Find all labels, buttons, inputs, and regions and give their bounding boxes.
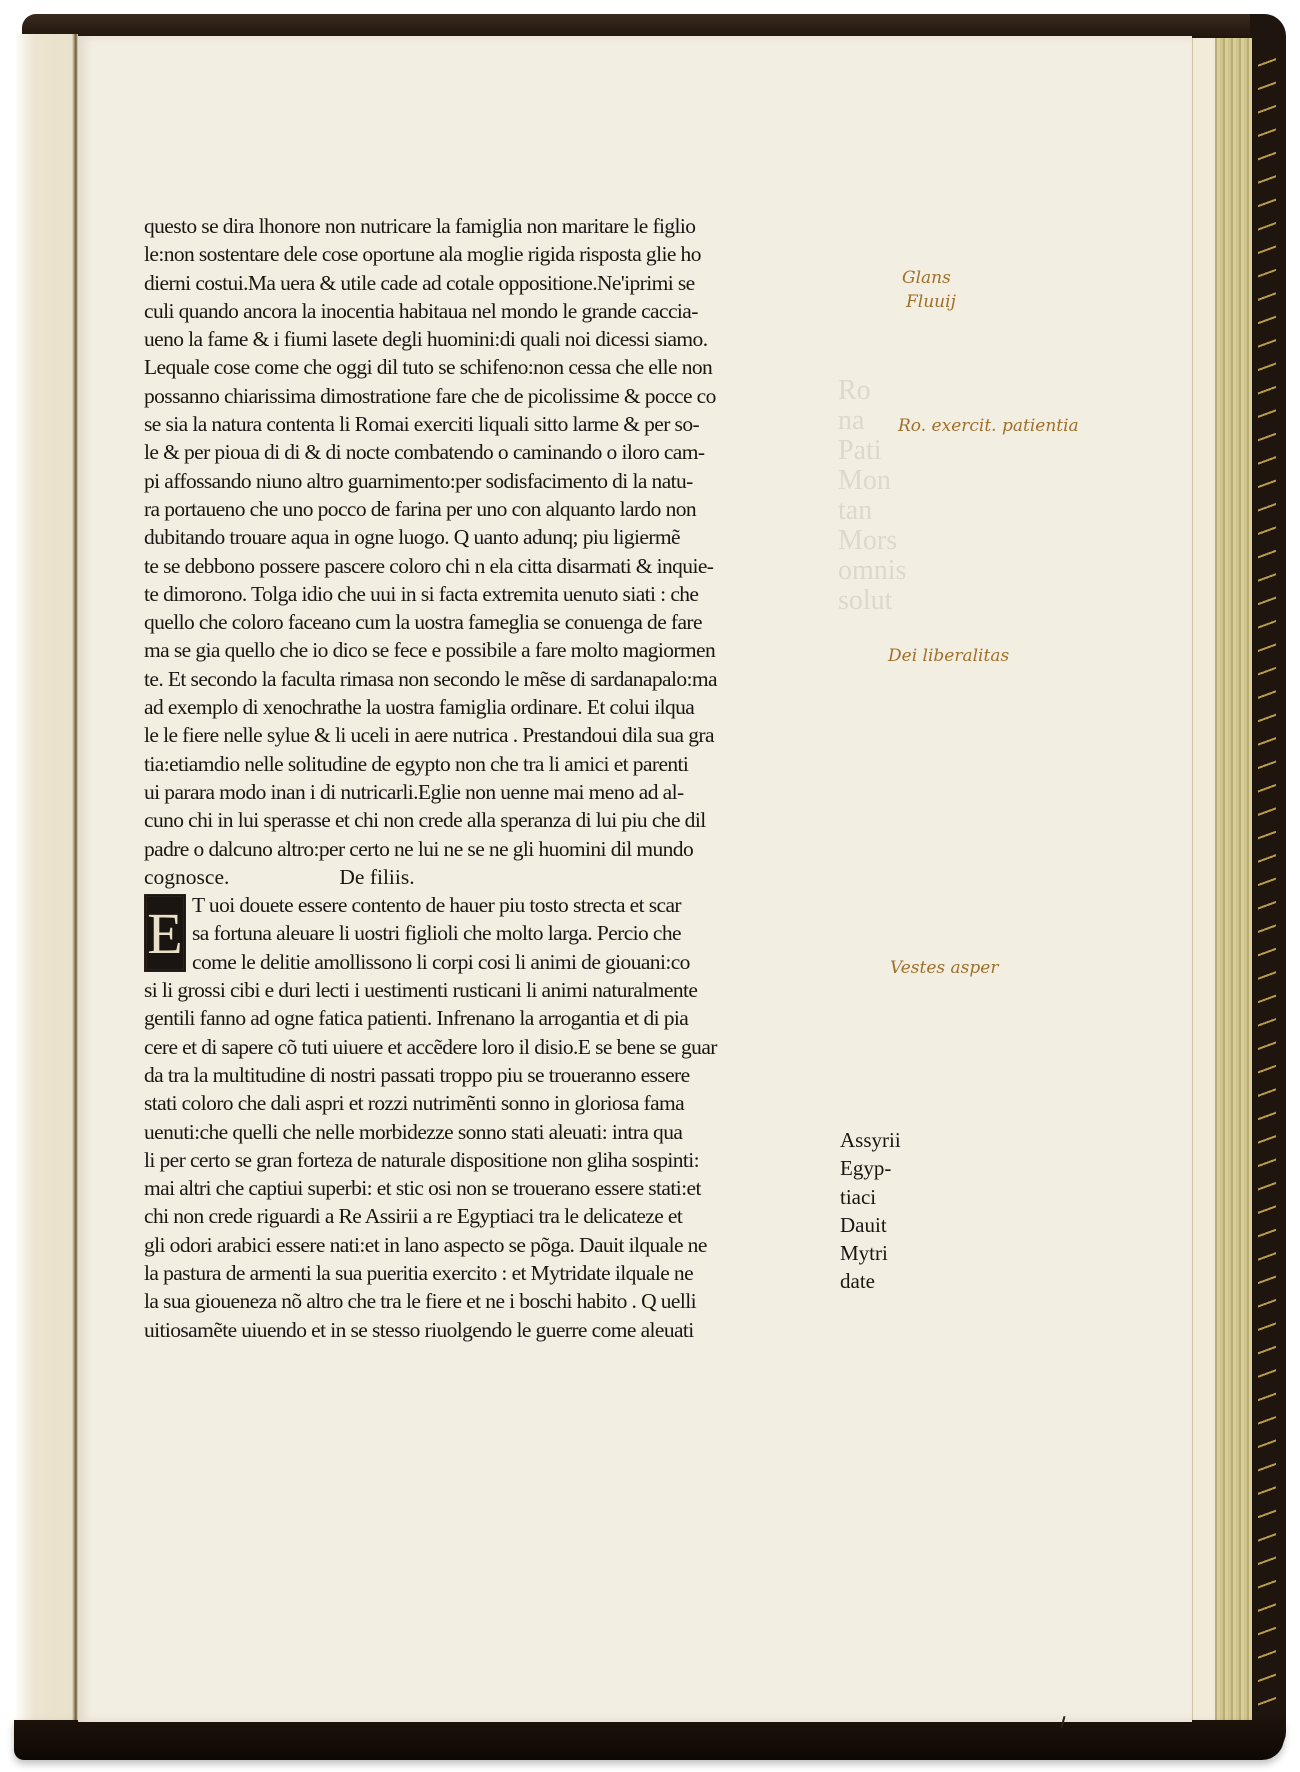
show-through-text: RonaPatiMontanMorsomnissolut <box>838 376 906 616</box>
handwritten-annotation: Fluuij <box>906 292 956 312</box>
text-line: le:non sostentare dele cose oportune ala… <box>144 240 824 268</box>
printed-side-notes: AssyriiEgyp-tiaciDauitMytridate <box>840 1126 901 1296</box>
side-note: date <box>840 1267 901 1295</box>
text-line: la sua gioueneza nõ altro che tra le fie… <box>144 1287 824 1315</box>
text-line: gentili fanno ad ogne fatica patienti. I… <box>144 1004 824 1032</box>
handwritten-annotation: Vestes asper <box>890 958 998 978</box>
heading-line: cognosce.De filiis. <box>144 863 824 891</box>
text-line: ueno la fame & i fiumi lasete degli huom… <box>144 325 824 353</box>
binding-bottom <box>14 1720 1284 1760</box>
text-line: padre o dalcuno altro:per certo ne lui n… <box>144 835 824 863</box>
drop-cap-initial: E <box>144 894 186 972</box>
text-lines-after: si li grossi cibi e duri lecti i uestime… <box>144 976 824 1344</box>
text-line: Lequale cose come che oggi dil tuto se s… <box>144 353 824 381</box>
text-line: possanno chiarissima dimostratione fare … <box>144 382 824 410</box>
text-line: ad exemplo di xenochrathe la uostra fami… <box>144 693 824 721</box>
text-line: chi non crede riguardi a Re Assirii a re… <box>144 1202 824 1230</box>
text-line: se sia la natura contenta li Romai exerc… <box>144 410 824 438</box>
dropcap-paragraph: E T uoi douete essere contento de hauer … <box>144 891 824 976</box>
side-note: Dauit <box>840 1211 901 1239</box>
text-line: dubitando trouare aqua in ogne luogo. Q … <box>144 523 824 551</box>
text-line: come le delitie amollissono li corpi cos… <box>192 948 824 976</box>
text-line: ui parara modo inan i di nutricarli.Egli… <box>144 778 824 806</box>
text-line: te se debbono possere pascere coloro chi… <box>144 552 824 580</box>
text-line: te dimorono. Tolga idio che uui in si fa… <box>144 580 824 608</box>
handwritten-annotation: Dei liberalitas <box>888 646 1009 666</box>
side-note: tiaci <box>840 1183 901 1211</box>
text-line: te. Et secondo la faculta rimasa non sec… <box>144 665 824 693</box>
page: RonaPatiMontanMorsomnissolut questo se d… <box>78 36 1192 1722</box>
handwritten-annotation: Glans <box>902 268 951 288</box>
text-lines-before-heading: questo se dira lhonore non nutricare la … <box>144 212 824 863</box>
text-line: culi quando ancora la inocentia habitaua… <box>144 297 824 325</box>
dropcap-lines: T uoi douete essere contento de hauer pi… <box>144 891 824 976</box>
text-line: questo se dira lhonore non nutricare la … <box>144 212 824 240</box>
text-line: cere et di sapere cõ tuti uiuere et accẽ… <box>144 1033 824 1061</box>
text-line: cuno chi in lui sperasse et chi non cred… <box>144 806 824 834</box>
text-line: li per certo se gran forteza de naturale… <box>144 1146 824 1174</box>
text-line: mai altri che captiui superbi: et stic o… <box>144 1174 824 1202</box>
heading-prefix: cognosce. <box>144 865 229 889</box>
text-line: uitiosamẽte uiuendo et in se stesso riuo… <box>144 1316 824 1344</box>
text-line: tia:etiamdio nelle solitudine de egypto … <box>144 750 824 778</box>
side-note: Mytri <box>840 1239 901 1267</box>
text-line: da tra la multitudine di nostri passati … <box>144 1061 824 1089</box>
handwritten-annotation: Ro. exercit. patientia <box>898 416 1079 436</box>
book: RonaPatiMontanMorsomnissolut questo se d… <box>14 14 1292 1754</box>
text-line: dierni costui.Ma uera & utile cade ad co… <box>144 269 824 297</box>
text-line: uenuti:che quelli che nelle morbidezze s… <box>144 1118 824 1146</box>
left-page-edge <box>14 34 78 1724</box>
text-line: ra portaueno che uno pocco de farina per… <box>144 495 824 523</box>
section-heading: De filiis. <box>339 865 414 889</box>
main-text-block: questo se dira lhonore non nutricare la … <box>144 212 824 1344</box>
text-line: gli odori arabici essere nati:et in lano… <box>144 1231 824 1259</box>
text-line: sa fortuna aleuare li uostri figlioli ch… <box>192 919 824 947</box>
text-line: stati coloro che dali aspri et rozzi nut… <box>144 1089 824 1117</box>
text-line: le & per pioua di di & di nocte combaten… <box>144 438 824 466</box>
text-line: T uoi douete essere contento de hauer pi… <box>192 891 824 919</box>
gilt-tooling <box>1258 54 1276 1714</box>
side-note: Assyrii <box>840 1126 901 1154</box>
text-line: quello che coloro faceano cum la uostra … <box>144 608 824 636</box>
fore-edge <box>1192 38 1215 1720</box>
text-line: ma se gia quello che io dico se fece e p… <box>144 636 824 664</box>
text-line: pi affossando niuno altro guarnimento:pe… <box>144 467 824 495</box>
side-note: Egyp- <box>840 1154 901 1182</box>
gilt-page-edges <box>1212 38 1252 1720</box>
text-line: si li grossi cibi e duri lecti i uestime… <box>144 976 824 1004</box>
text-line: la pastura de armenti la sua pueritia ex… <box>144 1259 824 1287</box>
text-line: le le fiere nelle sylue & li uceli in ae… <box>144 721 824 749</box>
